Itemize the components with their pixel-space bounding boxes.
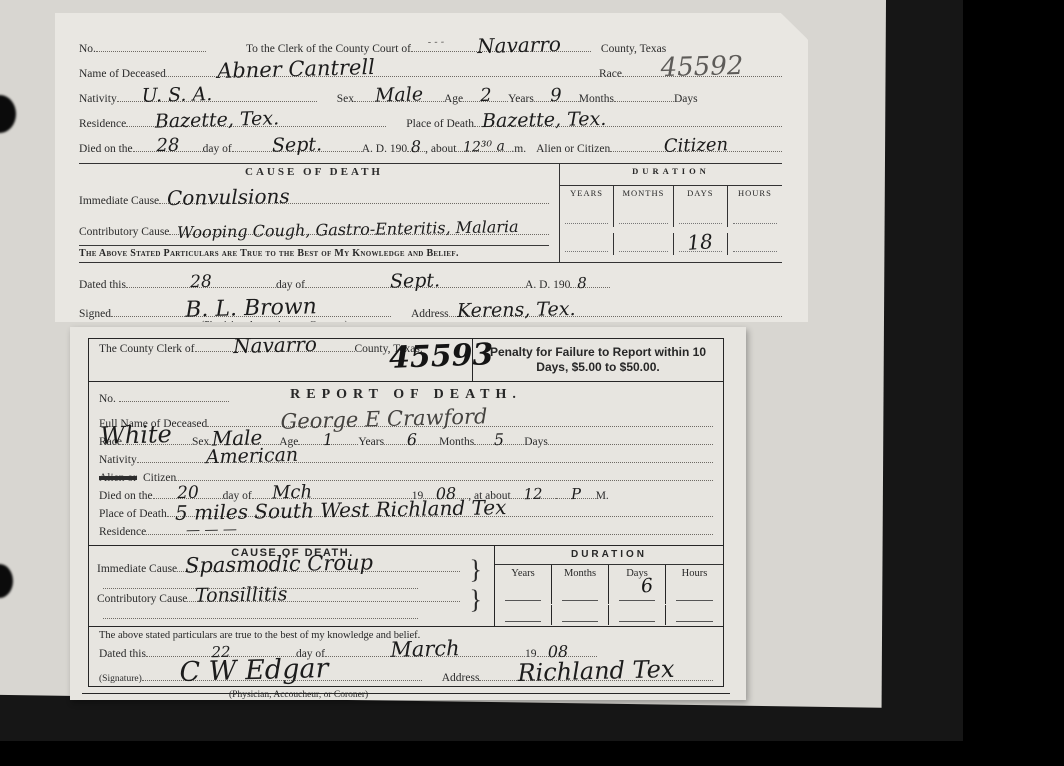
sex-field-bottom: Male [209, 432, 279, 445]
duration-col-hours-top: HOURS [728, 186, 782, 210]
cause-of-death-area-top: CAUSE OF DEATH Immediate Cause Convulsio… [79, 164, 559, 262]
duration-cell [728, 210, 782, 227]
duration-cell [666, 584, 723, 604]
cause-of-death-area-bottom: CAUSE OF DEATH. Immediate Cause Spasmodi… [89, 546, 494, 626]
contributory-cause-row-top: Contributory Cause Wooping Cough, Gastro… [79, 222, 549, 238]
residence-row-bottom: Residence — — — [89, 522, 723, 540]
dated-month-field-bottom: March [325, 644, 525, 657]
day-of-label: day of [203, 143, 232, 155]
citizen-label: Citizen [143, 472, 176, 484]
nativity-label: Nativity [79, 93, 117, 105]
died-on-row: Died on the 28 day of Sept. A. D. 190 8 … [79, 139, 782, 155]
address-field-bottom: Richland Tex [479, 668, 713, 681]
nativity-row-bottom: Nativity American [89, 450, 723, 468]
nativity-row: Nativity U. S. A. Sex Male Age 2 Years 9… [79, 89, 782, 105]
nativity-field-bottom: American [137, 450, 713, 463]
address-field-top: Kerens, Tex. [449, 304, 782, 317]
no-field-bottom [119, 389, 229, 402]
dated-day-field-top: 28 [126, 275, 276, 288]
header-row-bottom: The County Clerk of Navarro County, Texa… [89, 339, 723, 382]
duration-cell [614, 210, 674, 227]
scanned-document-view: No. To the Clerk of the County Court of … [0, 0, 1064, 766]
place-of-death-label-bottom: Place of Death [99, 508, 167, 520]
nativity-handwriting-bottom: American [206, 447, 299, 467]
signature-field-top: B. L. Brown [111, 304, 391, 317]
ad-label: A. D. 190 [362, 143, 407, 155]
immediate-cause-row-top: Immediate Cause Convulsions [79, 191, 549, 207]
duration-col-years-top: YEARS [560, 186, 614, 210]
contributory-cause-label-top: Contributory Cause [79, 226, 169, 238]
died-time-handwriting: 12³⁰ a [463, 141, 505, 155]
county-field: - - - Navarro [411, 39, 591, 52]
full-name-handwriting: George E Crawford [281, 407, 488, 431]
contributory-cause-handwriting-top: Wooping Cough, Gastro-Enteritis, Malaria [177, 220, 519, 240]
duration-cell [666, 605, 723, 625]
died-on-label-bottom: Died on the [99, 490, 153, 502]
county-clerk-label: The County Clerk of [99, 343, 195, 355]
signature-handwriting-bottom: C W Edgar [179, 657, 328, 685]
meridiem-label: .m. [511, 143, 526, 155]
sex-field: Male [354, 89, 444, 102]
age-days-field [614, 89, 674, 102]
county-dashes-handwriting: - - - [428, 38, 445, 47]
contributory-cause-handwriting-bottom: Tonsillitis [195, 586, 288, 605]
race-field-bottom: White [122, 432, 192, 445]
age-years-field: 2 [463, 89, 508, 102]
duration-col-hours-bottom: Hours [666, 565, 723, 584]
died-day-handwriting: 28 [156, 138, 179, 155]
years-label-bottom: Years [358, 436, 384, 448]
duration-col-days-top: DAYS [674, 186, 728, 210]
duration-days-cell-bottom: 6 [609, 584, 666, 604]
signature-label: (Signature) [99, 674, 142, 684]
dated-year-field-top: 8 [570, 275, 610, 288]
dated-row-top: Dated this 28 day of Sept. A. D. 190 8 [79, 275, 782, 291]
immediate-cause-handwriting-bottom: Spasmodic Croup [185, 553, 373, 575]
signed-row-top: Signed B. L. Brown Address Kerens, Tex. [79, 304, 782, 320]
duration-cell [495, 584, 552, 604]
cause-of-death-header-top: CAUSE OF DEATH [79, 166, 549, 178]
dated-month-field-top: Sept. [305, 275, 525, 288]
residence-label-bottom: Residence [99, 526, 146, 538]
dated-day-handwriting-top: 28 [190, 274, 212, 290]
died-month-handwriting: Sept. [271, 136, 322, 154]
duration-col-days-bottom: Days [609, 565, 666, 584]
residence-dashes-handwriting: — — — [186, 524, 237, 537]
cause-duration-section-bottom: CAUSE OF DEATH. Immediate Cause Spasmodi… [89, 545, 723, 627]
contributory-cause-row-bottom: Contributory Cause Tonsillitis } [97, 589, 488, 609]
address-handwriting-bottom: Richland Tex [517, 659, 674, 685]
duration-table-top: DURATION YEARS MONTHS DAYS HOURS 18 [559, 164, 782, 262]
duration-cell [560, 210, 614, 227]
full-name-field: George E Crawford [207, 414, 713, 427]
duration-cell [552, 605, 609, 625]
cause-extra-line [103, 609, 418, 619]
nativity-handwriting: U. S. A. [141, 86, 212, 105]
cause-duration-section-top: CAUSE OF DEATH Immediate Cause Convulsio… [79, 163, 782, 263]
county-field-bottom: Navarro [195, 339, 355, 352]
died-year-field: 8 [407, 139, 425, 152]
citizenship-handwriting: Citizen [664, 137, 729, 155]
county-handwriting-bottom: Navarro [232, 335, 316, 355]
county-texas-label: County, Texas [601, 43, 666, 55]
duration-days-cell-top: 18 [674, 233, 728, 255]
dated-month-handwriting-top: Sept. [390, 272, 441, 290]
race-label: Race [599, 68, 622, 80]
immediate-cause-label-top: Immediate Cause [79, 195, 159, 207]
nativity-field: U. S. A. [117, 89, 317, 102]
age-years-handwriting-bottom: 1 [323, 432, 334, 447]
race-sex-age-row: Race White Sex Male Age 1 Years 6 Months [89, 432, 723, 450]
place-of-death-field-bottom: 5 miles South West Richland Tex [167, 504, 713, 517]
address-handwriting-top: Kerens, Tex. [457, 301, 576, 320]
age-years-handwriting: 2 [480, 88, 492, 104]
no-label-bottom: No. [99, 393, 116, 405]
residence-row: Residence Bazette, Tex. Place of Death B… [79, 114, 782, 130]
residence-field-bottom: — — — [146, 522, 713, 535]
report-of-death-title: REPORT OF DEATH. [290, 387, 522, 403]
duration-col-months-bottom: Months [552, 565, 609, 584]
clerk-line-label: To the Clerk of the County Court of [246, 43, 411, 55]
contributory-cause-field-bottom: Tonsillitis [187, 589, 460, 602]
about-label: , about [425, 143, 456, 155]
dated-this-label-top: Dated this [79, 279, 126, 291]
age-months-field-bottom: 6 [384, 432, 439, 445]
sex-handwriting: Male [375, 86, 424, 104]
dated-this-label-bottom: Dated this [99, 648, 146, 660]
bottom-double-rule [82, 693, 730, 694]
years-label: Years [508, 93, 534, 105]
residence-field: Bazette, Tex. [126, 114, 386, 127]
duration-table-bottom: DURATION Years Months Days Hours 6 [494, 546, 723, 626]
penalty-notice: Penalty for Failure to Report within 10 … [472, 339, 723, 381]
citizenship-field: Citizen [610, 139, 782, 152]
county-handwriting: Navarro [477, 35, 561, 55]
meridiem-label-bottom: M. [596, 490, 609, 502]
alien-or-citizen-label: Alien or Citizen [536, 143, 610, 155]
duration-col-years-bottom: Years [495, 565, 552, 584]
immediate-cause-field-top: Convulsions [159, 191, 549, 204]
nativity-label-bottom: Nativity [99, 454, 137, 466]
died-day-field: 28 [133, 139, 203, 152]
duration-cell [614, 233, 674, 255]
affirmation-text-top: The Above Stated Particulars are True to… [79, 245, 549, 262]
immediate-cause-field-bottom: Spasmodic Croup [177, 559, 460, 572]
days-trailing-field [548, 432, 713, 445]
died-month-field: Sept. [232, 139, 362, 152]
died-on-label: Died on the [79, 143, 133, 155]
died-day-handwriting-bottom: 20 [177, 485, 199, 501]
signature-field-bottom: C W Edgar [142, 668, 422, 681]
residence-handwriting: Bazette, Tex. [155, 110, 280, 130]
form-border-box: The County Clerk of Navarro County, Texa… [88, 338, 724, 687]
death-report-form-bottom: The County Clerk of Navarro County, Texa… [70, 327, 746, 700]
duration-cell [674, 210, 728, 227]
age-months-handwriting-bottom: 6 [406, 432, 417, 447]
died-meridiem-handwriting: P [570, 487, 580, 501]
age-days-field-bottom: 5 [474, 432, 524, 445]
death-report-form-top: No. To the Clerk of the County Court of … [55, 13, 808, 322]
duration-cell [552, 584, 609, 604]
dated-month-handwriting-bottom: March [390, 639, 460, 660]
months-label-bottom: Months [439, 436, 474, 448]
immediate-cause-label-bottom: Immediate Cause [97, 563, 177, 575]
duration-header-top: DURATION [560, 164, 782, 186]
name-handwriting: Abner Cantrell [217, 58, 375, 81]
name-field: Abner Cantrell [166, 64, 599, 77]
contributory-cause-field-top: Wooping Cough, Gastro-Enteritis, Malaria [169, 222, 549, 235]
signature-row-bottom: (Signature) C W Edgar (Physician, Accouc… [89, 668, 723, 686]
residence-label: Residence [79, 118, 126, 130]
name-row: Name of Deceased Abner Cantrell Race 455… [79, 64, 782, 80]
duration-cell [495, 605, 552, 625]
age-label: Age [444, 93, 463, 105]
duration-col-months-top: MONTHS [614, 186, 674, 210]
signature-handwriting-top: B. L. Brown [185, 297, 317, 320]
contributory-cause-label-bottom: Contributory Cause [97, 593, 187, 605]
immediate-cause-handwriting-top: Convulsions [167, 187, 290, 207]
age-months-field: 9 [534, 89, 579, 102]
months-label: Months [579, 93, 614, 105]
place-of-death-handwriting-bottom: 5 miles South West Richland Tex [175, 498, 507, 522]
age-days-handwriting-bottom: 5 [494, 432, 505, 447]
died-day-field-bottom: 20 [153, 486, 223, 499]
no-label: No. [79, 43, 96, 55]
duration-cell [609, 605, 666, 625]
died-hour-handwriting: 12 [523, 487, 542, 501]
immediate-cause-row-bottom: Immediate Cause Spasmodic Croup } [97, 559, 488, 579]
place-of-death-label: Place of Death [406, 118, 474, 130]
died-meridiem-field: P [556, 486, 596, 499]
dated-year-handwriting-top: 8 [577, 276, 587, 290]
age-months-handwriting: 9 [550, 88, 562, 104]
duration-header-bottom: DURATION [495, 546, 723, 565]
name-of-deceased-label: Name of Deceased [79, 68, 166, 80]
address-label-top: Address [411, 308, 449, 320]
sex-label: Sex [337, 93, 354, 105]
died-hour-field: 12 [511, 486, 556, 499]
dated-day-of-label-top: day of [276, 279, 305, 291]
no-field [96, 39, 206, 52]
place-of-death-field: Bazette, Tex. [474, 114, 782, 127]
days-label: Days [674, 93, 698, 105]
duration-days-handwriting-top: 18 [687, 229, 714, 255]
physician-note-bottom: (Physician, Accoucheur, or Coroner) [229, 690, 368, 700]
place-of-death-row-bottom: Place of Death 5 miles South West Richla… [89, 504, 723, 522]
race-field: 45592 [622, 64, 782, 77]
place-of-death-handwriting: Bazette, Tex. [482, 111, 607, 130]
file-number-handwriting-bottom: 45593 [388, 337, 494, 376]
contributory-cause-brace: } [470, 587, 482, 613]
address-label-bottom: Address [442, 672, 480, 684]
age-years-field-bottom: 1 [298, 432, 358, 445]
duration-cell [560, 233, 614, 255]
immediate-cause-brace: } [470, 557, 482, 583]
dated-ad-label-top: A. D. 190 [525, 279, 570, 291]
race-handwriting: White [100, 424, 172, 447]
signed-label-top: Signed [79, 308, 111, 320]
alien-or-struck-label: Alien or [99, 472, 137, 484]
died-year-handwriting: 8 [411, 139, 422, 154]
dated-year-field-bottom: 08 [537, 644, 597, 657]
died-time-field: 12³⁰ a [456, 139, 511, 152]
file-number-handwriting: 45592 [660, 55, 743, 81]
citizen-field [176, 468, 713, 481]
days-label-bottom: Days [524, 436, 548, 448]
duration-cell [728, 233, 782, 255]
